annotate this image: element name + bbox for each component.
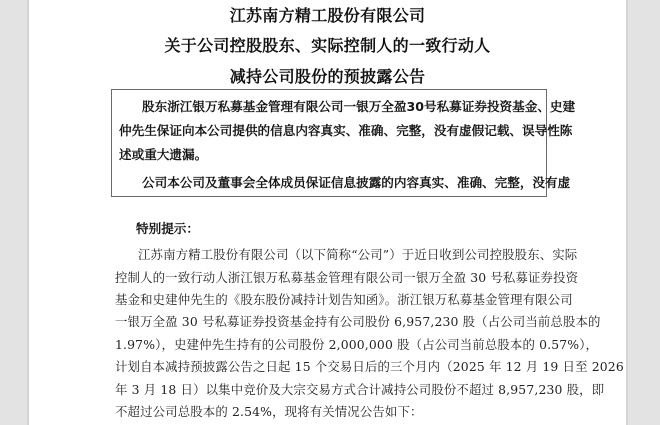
- document-title-type: 减持公司股份的预披露公告: [29, 67, 626, 87]
- document-title-subject: 关于公司控股股东、实际控制人的一致行动人: [29, 36, 626, 56]
- body-paragraph-line: 江苏南方精工股份有限公司（以下简称“公司”）于近日收到公司控股股东、实际: [138, 247, 577, 263]
- body-paragraph-line: 年 3 月 18 日）以集中竞价及大宗交易方式合计减持公司股份不超过 8,957…: [115, 382, 604, 398]
- body-paragraph-line: 1.97%），史建仲先生持有的公司股份 2,000,000 股（占公司当前总股本…: [115, 337, 598, 353]
- disclosure-line: 公司本公司及董事会全体成员保证信息披露的内容真实、准确、完整，没有虚: [142, 175, 570, 191]
- body-paragraph-line: 控制人的一致行动人浙江银万私募基金管理有限公司一银万全盈 30 号私募证券投资: [115, 270, 578, 286]
- body-paragraph-line: 一银万全盈 30 号私募证券投资基金持有公司股份 6,957,230 股（占公司…: [115, 314, 601, 330]
- document-viewer: 江苏南方精工股份有限公司 关于公司控股股东、实际控制人的一致行动人 减持公司股份…: [0, 0, 660, 425]
- document-page: 江苏南方精工股份有限公司 关于公司控股股东、实际控制人的一致行动人 减持公司股份…: [29, 0, 626, 425]
- disclosure-line: 仲先生保证向本公司提供的信息内容真实、准确、完整，没有虚假记载、误导性陈: [119, 123, 572, 139]
- disclosure-line: 股东浙江银万私募基金管理有限公司一银万全盈30号私募证券投资基金、史建: [142, 99, 575, 115]
- body-paragraph-line: 计划自本减持预披露公告之日起 15 个交易日后的三个月内（2025 年 12 月…: [115, 359, 624, 375]
- body-paragraph-line: 基金和史建仲先生的《股东股份减持计划告知函》。浙江银万私募基金管理有限公司: [115, 292, 573, 308]
- special-notice-heading: 特别提示：: [136, 220, 199, 237]
- document-title-company: 江苏南方精工股份有限公司: [29, 6, 626, 26]
- disclosure-statement-box: 股东浙江银万私募基金管理有限公司一银万全盈30号私募证券投资基金、史建 仲先生保…: [111, 89, 547, 197]
- body-paragraph-line: 不超过公司总股本的 2.54%，现将有关情况公告如下：: [115, 404, 423, 420]
- disclosure-line: 述或重大遗漏。: [119, 147, 207, 163]
